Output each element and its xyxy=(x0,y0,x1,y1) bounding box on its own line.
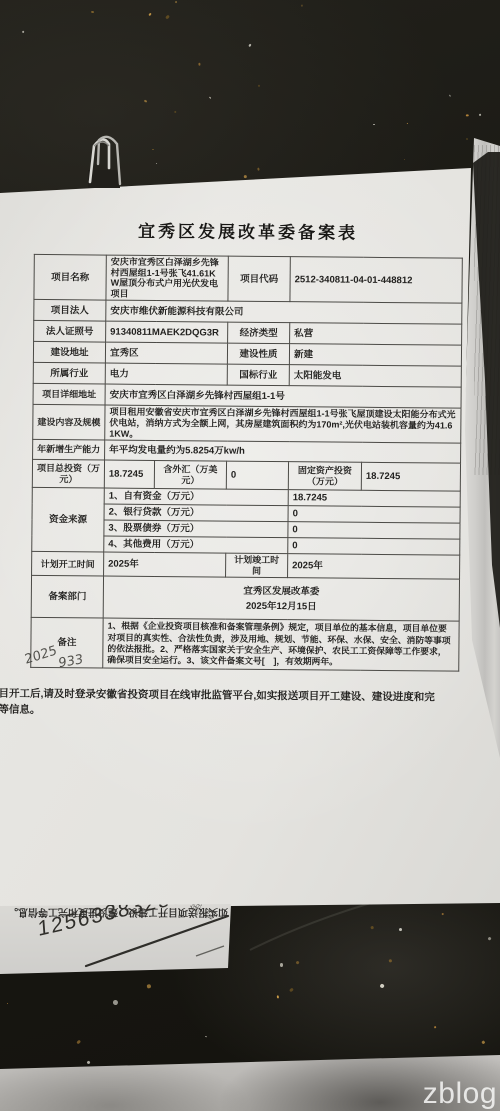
row-schedule: 计划开工时间 2025年 计划竣工时间 2025年 xyxy=(32,552,460,580)
industry-label: 所属行业 xyxy=(33,363,105,385)
filing-dept-value: 宜秀区发展改革委 2025年12月15日 xyxy=(103,577,459,622)
form-title: 宜秀区发展改革委备案表 xyxy=(22,216,474,245)
filing-dept-date: 2025年12月15日 xyxy=(108,598,455,616)
granite-speck xyxy=(289,987,294,992)
build-nature-value: 新建 xyxy=(289,344,461,367)
form-document: 宜秀区发展改革委备案表 项目名称 安庆市宜秀区白泽湖乡先锋村西屋组1-1号张飞4… xyxy=(18,216,474,672)
project-name-value: 安庆市宜秀区白泽湖乡先锋村西屋组1-1号张飞41.61KW屋顶分布式户用光伏发电… xyxy=(106,255,228,302)
granite-speck xyxy=(147,984,152,988)
granite-speck xyxy=(481,1041,485,1045)
binder-clip xyxy=(78,126,130,196)
fixed-investment-value: 18.7245 xyxy=(361,463,460,492)
bottom-strip-sheet: 如实报送项目开工建设、建设进度和完工等信息。 12563383285 （ 鱼烤问… xyxy=(0,904,233,974)
granite-speck xyxy=(479,114,482,117)
row-funding-1: 资金来源 1、自有资金（万元） 18.7245 xyxy=(32,488,460,508)
page-stack-edges xyxy=(474,145,500,475)
legal-person-label: 项目法人 xyxy=(34,300,106,322)
license-value: 91340811MAEK2DQG3R xyxy=(106,321,228,343)
granite-speck xyxy=(156,163,158,165)
granite-speck xyxy=(152,149,154,150)
row-scope: 建设内容及规模 项目租用安徽省安庆市宜秀区白泽湖乡先锋村西屋组1-1号张飞屋顶建… xyxy=(33,405,461,444)
funding-item-4-value: 0 xyxy=(288,538,460,556)
license-label: 法人证照号 xyxy=(34,321,106,343)
funding-item-1-value: 18.7245 xyxy=(288,490,460,508)
capacity-label: 年新增生产能力 xyxy=(33,440,105,461)
detail-address-label: 项目详细地址 xyxy=(33,384,105,406)
granite-speck xyxy=(7,1003,8,1004)
build-address-label: 建设地址 xyxy=(33,342,105,364)
foreign-exchange-value: 0 xyxy=(226,461,288,490)
granite-speck xyxy=(174,1,176,4)
funding-label: 资金来源 xyxy=(32,488,105,553)
granite-speck xyxy=(442,913,444,915)
funding-item-2-name: 2、银行贷款（万元） xyxy=(104,504,288,522)
granite-speck xyxy=(208,96,210,98)
finish-time-label: 计划竣工时间 xyxy=(226,553,288,578)
granite-speck xyxy=(198,62,200,65)
row-project-name: 项目名称 安庆市宜秀区白泽湖乡先锋村西屋组1-1号张飞41.61KW屋顶分布式户… xyxy=(34,254,462,303)
photo-stage: 宜秀区发展改革委备案表 项目名称 安庆市宜秀区白泽湖乡先锋村西屋组1-1号张飞4… xyxy=(0,0,500,1111)
granite-speck xyxy=(257,168,260,171)
row-filing-dept: 备案部门 宜秀区发展改革委 2025年12月15日 xyxy=(31,576,459,622)
start-time-label: 计划开工时间 xyxy=(32,552,104,577)
granite-speck xyxy=(449,95,451,97)
handwritten-underline-stroke xyxy=(0,904,233,974)
granite-speck xyxy=(379,983,385,989)
start-time-value: 2025年 xyxy=(104,552,226,577)
granite-speck xyxy=(149,13,153,17)
footer-note-line1: 项目开工后,请及时登录安徽省投资项目在线审批监管平台,如实报送项目开工建设、建设… xyxy=(0,688,435,704)
granite-speck xyxy=(433,1026,436,1029)
total-investment-label: 项目总投资（万元） xyxy=(32,460,104,489)
funding-item-3-name: 3、股票债券（万元） xyxy=(104,520,288,538)
filing-dept-label: 备案部门 xyxy=(31,576,103,619)
row-investment: 项目总投资（万元） 18.7245 含外汇（万美元） 0 固定资产投资（万元） … xyxy=(32,460,460,492)
national-industry-value: 太阳能发电 xyxy=(289,365,461,388)
granite-speck xyxy=(280,963,283,967)
granite-speck xyxy=(249,43,253,47)
economic-type-label: 经济类型 xyxy=(228,323,290,345)
granite-speck xyxy=(277,995,280,999)
scope-label: 建设内容及规模 xyxy=(33,405,105,440)
granite-speck xyxy=(388,959,392,962)
granite-speck xyxy=(87,1060,91,1064)
funding-item-2-value: 0 xyxy=(288,506,460,524)
granite-speck xyxy=(399,927,402,930)
granite-speck xyxy=(373,124,375,126)
scope-value: 项目租用安徽省安庆市宜秀区白泽湖乡先锋村西屋组1-1号张飞屋顶建设太阳能分布式光… xyxy=(105,405,461,443)
funding-item-1-name: 1、自有资金（万元） xyxy=(104,488,288,506)
row-remark: 备注 1、根据《企业投资项目核准和备案管理条例》规定，项目单位的基本信息，项目单… xyxy=(31,618,459,672)
build-nature-label: 建设性质 xyxy=(227,344,289,366)
project-code-value: 2512-340811-04-01-448812 xyxy=(290,257,462,304)
remark-value: 1、根据《企业投资项目核准和备案管理条例》规定，项目单位的基本信息，项目单位要对… xyxy=(103,619,459,672)
granite-speck xyxy=(143,100,146,103)
zblog-watermark: zblog xyxy=(423,1077,497,1111)
granite-speck xyxy=(113,1000,119,1005)
fixed-investment-label: 固定资产投资（万元） xyxy=(288,462,361,491)
granite-speck xyxy=(488,937,492,941)
granite-speck xyxy=(76,1040,81,1045)
granite-speck xyxy=(466,137,469,140)
granite-speck xyxy=(404,159,405,160)
finish-time-value: 2025年 xyxy=(288,554,460,580)
granite-speck xyxy=(22,30,25,33)
funding-item-4-name: 4、其他费用（万元） xyxy=(104,536,288,554)
granite-speck xyxy=(91,11,94,13)
granite-speck xyxy=(165,14,170,19)
project-name-label: 项目名称 xyxy=(34,254,106,300)
build-address-value: 宜秀区 xyxy=(105,342,227,364)
footer-note: 项目开工后,请及时登录安徽省投资项目在线审批监管平台,如实报送项目开工建设、建设… xyxy=(0,686,466,723)
industry-value: 电力 xyxy=(105,363,227,385)
project-code-label: 项目代码 xyxy=(228,256,290,302)
granite-speck xyxy=(465,115,468,118)
granite-speck xyxy=(301,5,303,8)
filing-form-table: 项目名称 安庆市宜秀区白泽湖乡先锋村西屋组1-1号张飞41.61KW屋顶分布式户… xyxy=(30,254,463,672)
footer-note-line2: 工等信息。 xyxy=(0,704,40,716)
foreign-exchange-label: 含外汇（万美元） xyxy=(154,461,226,490)
granite-speck xyxy=(244,175,247,178)
granite-speck xyxy=(371,925,374,928)
granite-speck xyxy=(295,961,299,965)
granite-speck xyxy=(257,84,260,87)
national-industry-label: 国标行业 xyxy=(227,365,289,387)
economic-type-value: 私营 xyxy=(290,323,462,346)
funding-item-3-value: 0 xyxy=(288,522,460,540)
granite-speck xyxy=(407,122,408,123)
total-investment-value: 18.7245 xyxy=(104,460,154,488)
granite-speck xyxy=(174,111,177,114)
granite-speck xyxy=(205,1036,207,1038)
